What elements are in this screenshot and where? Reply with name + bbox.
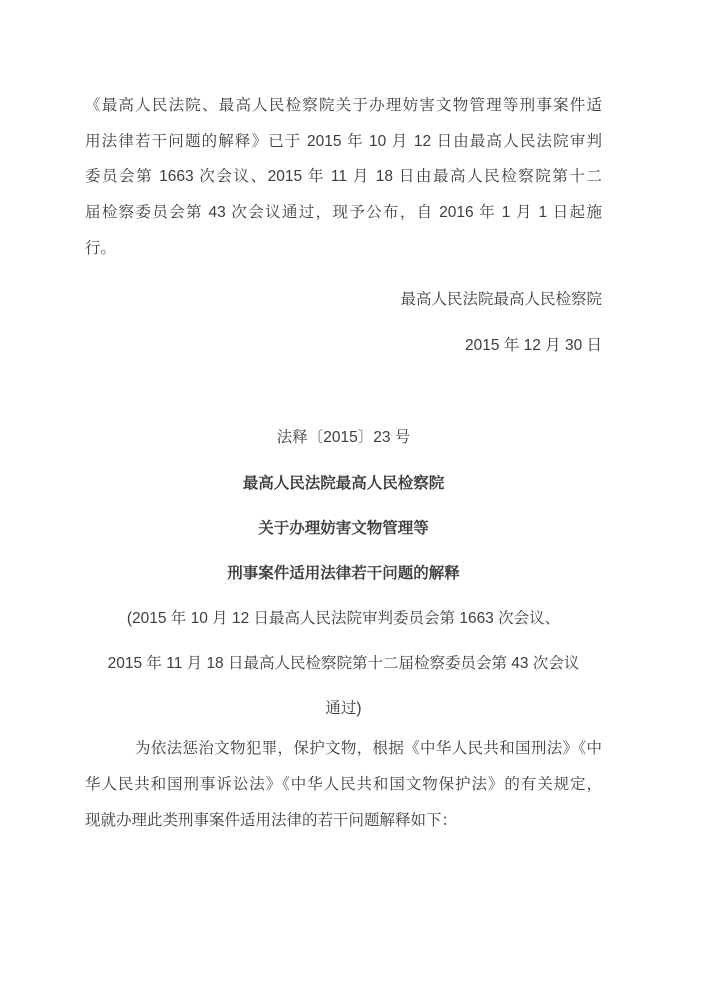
announcement-line-1: 《最高人民法院、最高人民检察院关于办理妨害文物管理等刑事案件适 [85,88,602,124]
document-content: 《最高人民法院、最高人民检察院关于办理妨害文物管理等刑事案件适 用法律若干问题的… [85,0,602,839]
document-title: 最高人民法院最高人民检察院 关于办理妨害文物管理等 刑事案件适用法律若干问题的解… [85,461,602,596]
document-number: 法释〔2015〕23 号 [85,415,602,461]
title-line-2: 关于办理妨害文物管理等 [85,506,602,551]
announcement-line-4: 届检察委员会第 43 次会议通过，现予公布，自 2016 年 1 月 1 日起施 [85,195,602,231]
adoption-line-1: (2015 年 10 月 12 日最高人民法院审判委员会第 1663 次会议、 [85,596,602,641]
title-line-3: 刑事案件适用法律若干问题的解释 [85,551,602,596]
announcement-paragraph: 《最高人民法院、最高人民检察院关于办理妨害文物管理等刑事案件适 用法律若干问题的… [85,88,602,267]
preamble-line-1: 为依法惩治文物犯罪，保护文物，根据《中华人民共和国刑法》《中 [85,731,602,767]
preamble-line-3: 现就办理此类刑事案件适用法律的若干问题解释如下： [85,803,602,839]
signature-date: 2015 年 12 月 30 日 [85,323,602,369]
adoption-line-3: 通过) [85,686,602,731]
adoption-line-2: 2015 年 11 月 18 日最高人民检察院第十二届检察委员会第 43 次会议 [85,641,602,686]
announcement-line-3: 委员会第 1663 次会议、2015 年 11 月 18 日由最高人民检察院第十… [85,159,602,195]
document-page: 《最高人民法院、最高人民检察院关于办理妨害文物管理等刑事案件适 用法律若干问题的… [0,0,707,999]
signature-block: 最高人民法院最高人民检察院 2015 年 12 月 30 日 [85,277,602,369]
adoption-note: (2015 年 10 月 12 日最高人民法院审判委员会第 1663 次会议、 … [85,596,602,731]
preamble-paragraph: 为依法惩治文物犯罪，保护文物，根据《中华人民共和国刑法》《中 华人民共和国刑事诉… [85,731,602,839]
announcement-line-2: 用法律若干问题的解释》已于 2015 年 10 月 12 日由最高人民法院审判 [85,124,602,160]
announcement-line-5: 行。 [85,231,602,267]
title-line-1: 最高人民法院最高人民检察院 [85,461,602,506]
preamble-line-2: 华人民共和国刑事诉讼法》《中华人民共和国文物保护法》的有关规定， [85,767,602,803]
signature-issuer: 最高人民法院最高人民检察院 [85,277,602,323]
